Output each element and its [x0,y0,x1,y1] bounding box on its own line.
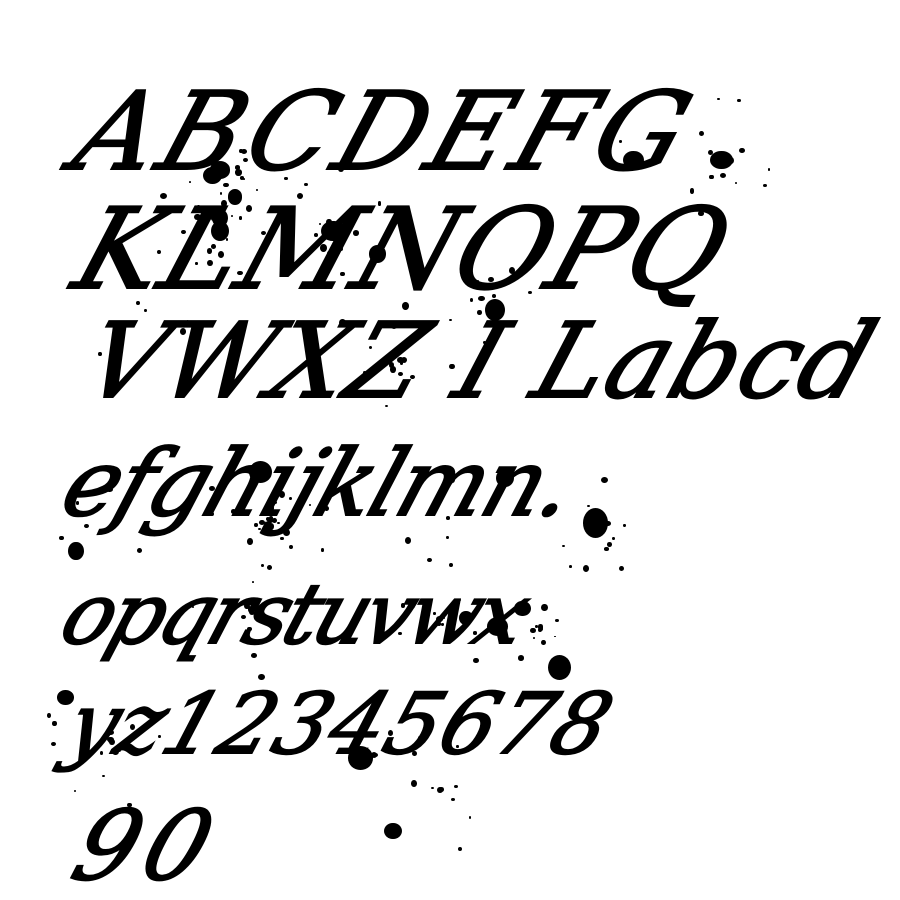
ink-dot [76,501,80,504]
ink-dot [607,542,612,547]
ink-dot [389,362,394,367]
ink-dot [98,352,101,356]
ink-dot [768,168,771,170]
ink-dot [446,536,449,539]
ink-dot [59,536,64,540]
ink-dot [271,506,275,510]
ink-dot [57,690,74,705]
ink-dot [412,751,417,756]
ink-dot [223,183,228,188]
ink-dot [763,184,767,187]
ink-dot [207,248,212,253]
ink-dot [514,601,531,617]
ink-dot [261,564,264,567]
specimen-line-digits-2: 90 [60,790,235,900]
ink-dot [267,565,272,570]
ink-dot [398,632,402,635]
ink-dot [623,524,625,526]
ink-dot [410,375,415,379]
ink-dot [601,477,608,483]
ink-dot [401,357,407,363]
ink-dot [47,713,51,718]
ink-dot [496,469,514,487]
ink-dot [247,538,253,544]
ink-dot [211,244,216,249]
ink-dot [477,310,482,315]
ink-dot [449,477,455,483]
ink-dot [699,131,704,136]
ink-dot [461,273,468,280]
ink-dot [321,221,345,242]
ink-dot [717,98,719,100]
ink-dot [459,599,461,601]
ink-dot [458,847,462,851]
ink-dot [530,628,535,633]
ink-dot [68,542,83,560]
ink-dot [384,823,402,840]
specimen-line-uppercase-2: KLMNOPQ [60,185,746,315]
ink-dot [241,615,246,619]
ink-dot [548,655,571,680]
ink-dot [107,737,114,742]
ink-dot [411,780,417,787]
ink-dot [385,405,388,407]
ink-dot [84,524,89,528]
ink-dot [254,523,258,526]
ink-dot [180,328,186,335]
ink-dot [583,565,589,572]
ink-dot [320,244,327,252]
ink-dot [353,230,359,235]
ink-dot [277,522,279,524]
ink-dot [405,537,411,543]
ink-dot [473,631,477,634]
ink-dot [369,245,386,262]
ink-dot [456,745,458,747]
ink-dot [253,604,256,606]
ink-dot [268,618,273,623]
ink-dot [487,617,508,636]
ink-dot [192,606,194,608]
ink-dot [228,189,243,205]
ink-dot [258,674,265,680]
ink-dot [397,347,402,352]
ink-dot [158,735,161,738]
ink-dot [604,547,608,551]
ink-dot [271,164,274,168]
ink-dot [398,372,403,376]
ink-dot [280,537,283,540]
ink-dot [251,653,257,658]
ink-dot [433,612,435,615]
ink-dot [297,193,303,199]
specimen-line-uppercase-1: ABCDEFG [60,70,711,195]
ink-dot [231,509,237,514]
ink-dot [265,511,268,514]
ink-dot [720,173,726,178]
ink-dot [709,175,713,180]
ink-dot [321,548,324,552]
ink-dot [221,200,227,207]
ink-dot [378,201,382,205]
ink-dot [258,528,260,530]
ink-dot [518,655,524,660]
ink-dot [102,775,104,777]
ink-dot [197,205,200,208]
ink-dot [136,301,140,305]
ink-dot [327,228,333,234]
ink-dot [698,211,704,215]
ink-dot [562,545,565,547]
ink-dot [454,785,458,788]
ink-dot [127,803,131,807]
ink-dot [737,99,741,102]
ink-dot [339,319,346,326]
ink-dot [555,619,559,623]
ink-dot [623,151,644,170]
ink-dot [492,294,496,298]
ink-dot [160,193,167,199]
ink-dot [446,516,450,520]
ink-dot [605,521,611,527]
ink-dot [74,790,76,792]
specimen-line-uppercase-3: VWXZ I Labcd [70,300,892,422]
ink-dot [220,192,222,195]
ink-dot [427,558,432,562]
specimen-line-digits: yz12345678 [55,675,626,773]
ink-dot [52,721,56,726]
ink-dot [237,271,242,275]
ink-dot [441,623,445,626]
ink-dot [469,816,471,819]
ink-dot [314,233,319,237]
ink-dot [137,548,142,553]
ink-dot [569,565,572,568]
ink-dot [612,537,615,540]
ink-dot [117,747,121,751]
ink-dot [451,798,455,801]
font-specimen: ABCDEFG KLMNOPQ VWXZ I Labcd efghijklmn.… [0,0,900,900]
ink-dot [439,788,442,791]
ink-dot [218,251,224,258]
ink-dot [449,364,454,370]
ink-dot [554,636,556,638]
ink-dot [239,216,242,219]
ink-dot [195,262,197,265]
ink-dot [249,461,272,483]
ink-dot [247,627,251,631]
ink-dot [533,637,536,639]
ink-dot [509,267,515,274]
ink-dot [431,787,433,789]
ink-dot [268,523,274,530]
ink-dot [284,177,287,180]
ink-dot [587,505,590,507]
ink-dot [539,627,543,631]
ink-dot [178,260,183,265]
ink-dot [51,742,56,746]
ink-dot [402,302,409,310]
ink-dot [541,604,547,611]
ink-dot [209,168,214,173]
ink-dot [267,518,273,523]
ink-dot [348,746,374,770]
ink-dot [619,566,625,572]
ink-dot [541,640,546,645]
ink-dot [122,321,127,327]
ink-dot [235,169,242,175]
ink-dot [324,506,328,511]
ink-dot [739,148,745,153]
ink-dot [289,545,293,549]
